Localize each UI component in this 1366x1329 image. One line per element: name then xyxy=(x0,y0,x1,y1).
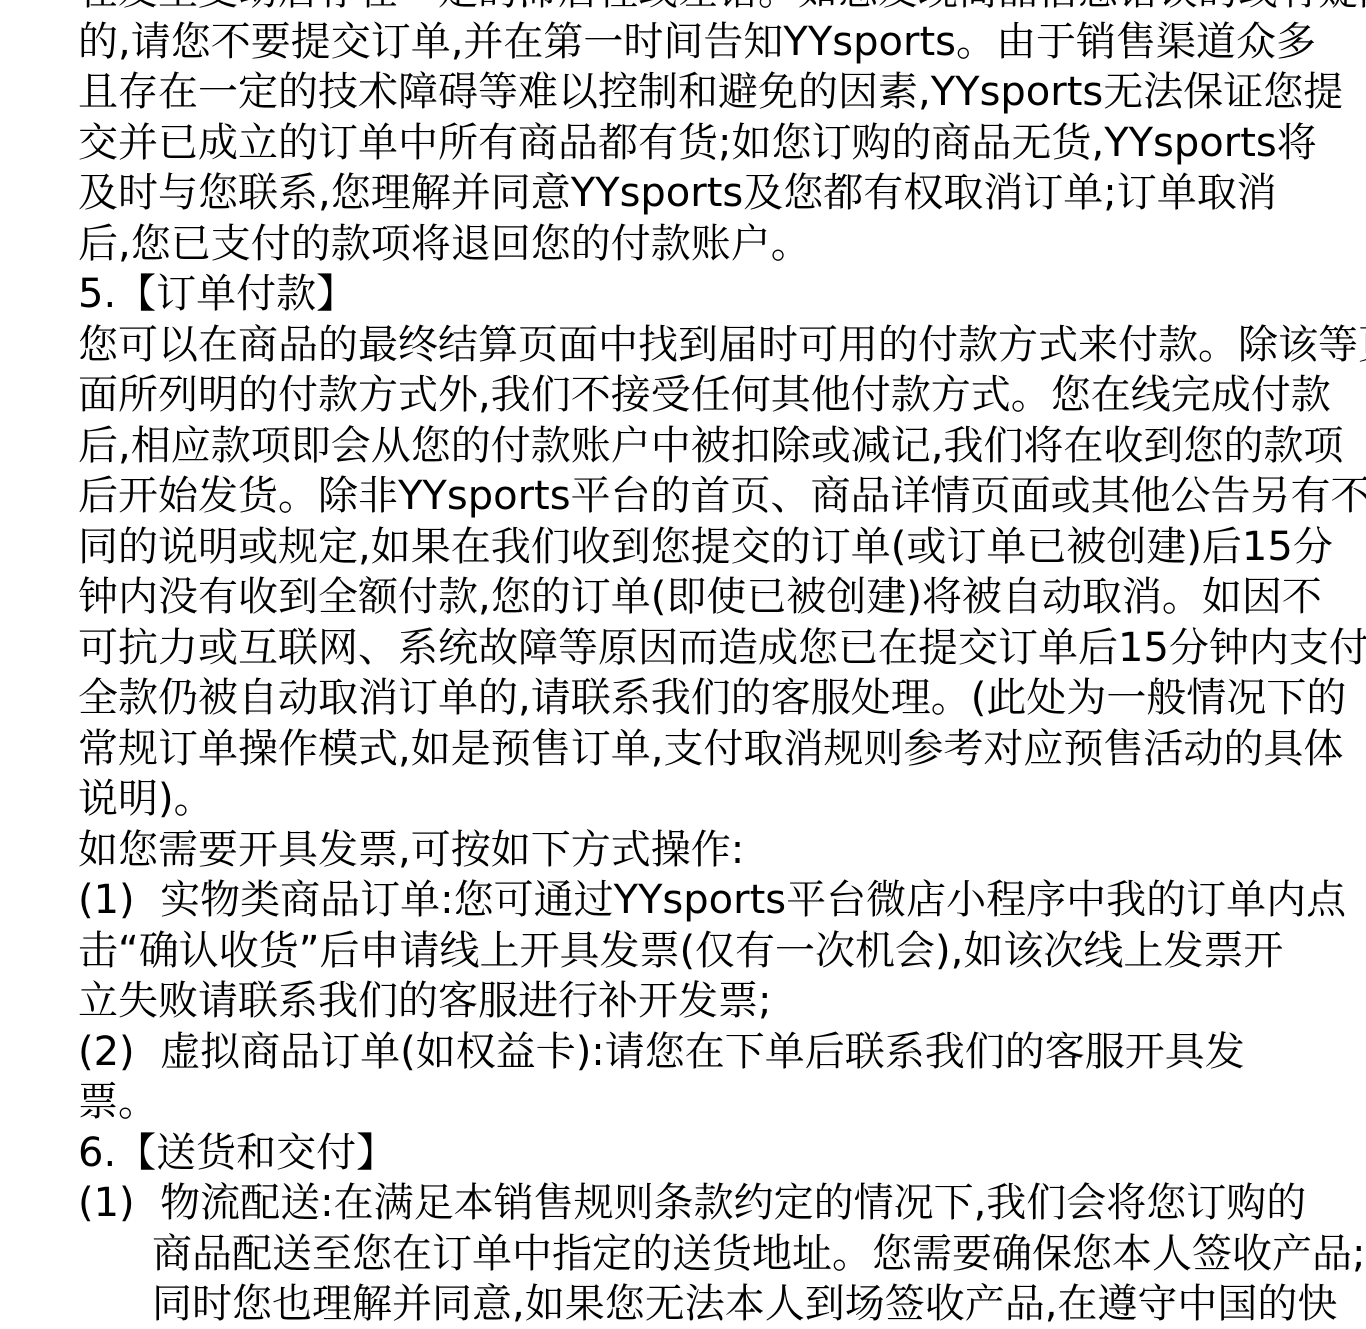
text-line: 及时与您联系,您理解并同意YYsports及您都有权取消订单;订单取消 xyxy=(78,168,1336,219)
text-line: 说明)。 xyxy=(78,774,1336,825)
text-line: 如您需要开具发票,可按如下方式操作: xyxy=(78,825,1336,876)
text-line: 后开始发货。除非YYsports平台的首页、商品详情页面或其他公告另有不 xyxy=(78,471,1336,522)
list-item-line: 同时您也理解并同意,如果您无法本人到场签收产品,在遵守中国的快 xyxy=(78,1279,1336,1329)
text-line: 面所列明的付款方式外,我们不接受任何其他付款方式。您在线完成付款 xyxy=(78,370,1336,421)
list-item-line: 商品配送至您在订单中指定的送货地址。您需要确保您本人签收产品; xyxy=(78,1229,1336,1280)
list-item-line-logistics: (1) 物流配送:在满足本销售规则条款约定的情况下,我们会将您订购的 xyxy=(78,1178,1336,1229)
text-line: 全款仍被自动取消订单的,请联系我们的客服处理。(此处为一般情况下的 xyxy=(78,673,1336,724)
section-heading-delivery: 6.【送货和交付】 xyxy=(78,1128,1336,1179)
list-item-line-invoice-virtual: (2) 虚拟商品订单(如权益卡):请您在下单后联系我们的客服开具发 xyxy=(78,1027,1336,1078)
text-line: 交并已成立的订单中所有商品都有货;如您订购的商品无货,YYsports将 xyxy=(78,118,1336,169)
text-line: 钟内没有收到全额付款,您的订单(即使已被创建)将被自动取消。如因不 xyxy=(78,572,1336,623)
text-line: 您可以在商品的最终结算页面中找到届时可用的付款方式来付款。除该等页 xyxy=(78,320,1336,371)
list-item-line: 立失败请联系我们的客服进行补开发票; xyxy=(78,976,1336,1027)
list-item-line: 击“确认收货”后申请线上开具发票(仅有一次机会),如该次线上发票开 xyxy=(78,926,1336,977)
text-line: 的,请您不要提交订单,并在第一时间告知YYsports。由于销售渠道众多 xyxy=(78,17,1336,68)
section-heading-order-payment: 5.【订单付款】 xyxy=(78,269,1336,320)
list-item-line-invoice-physical: (1) 实物类商品订单:您可通过YYsports平台微店小程序中我的订单内点 xyxy=(78,875,1336,926)
text-line-clipped: 在发生变动后存在一定的滞后性或差错。如您发现商品信息错误的或有疑问 xyxy=(78,0,1336,17)
text-line: 后,您已支付的款项将退回您的付款账户。 xyxy=(78,219,1336,270)
text-line: 且存在一定的技术障碍等难以控制和避免的因素,YYsports无法保证您提 xyxy=(78,67,1336,118)
list-item-line: 票。 xyxy=(78,1077,1336,1128)
text-line: 可抗力或互联网、系统故障等原因而造成您已在提交订单后15分钟内支付 xyxy=(78,623,1336,674)
text-line: 后,相应款项即会从您的付款账户中被扣除或减记,我们将在收到您的款项 xyxy=(78,421,1336,472)
text-line: 常规订单操作模式,如是预售订单,支付取消规则参考对应预售活动的具体 xyxy=(78,724,1336,775)
text-line: 同的说明或规定,如果在我们收到您提交的订单(或订单已被创建)后15分 xyxy=(78,522,1336,573)
terms-document: 在发生变动后存在一定的滞后性或差错。如您发现商品信息错误的或有疑问 的,请您不要… xyxy=(78,0,1336,1329)
